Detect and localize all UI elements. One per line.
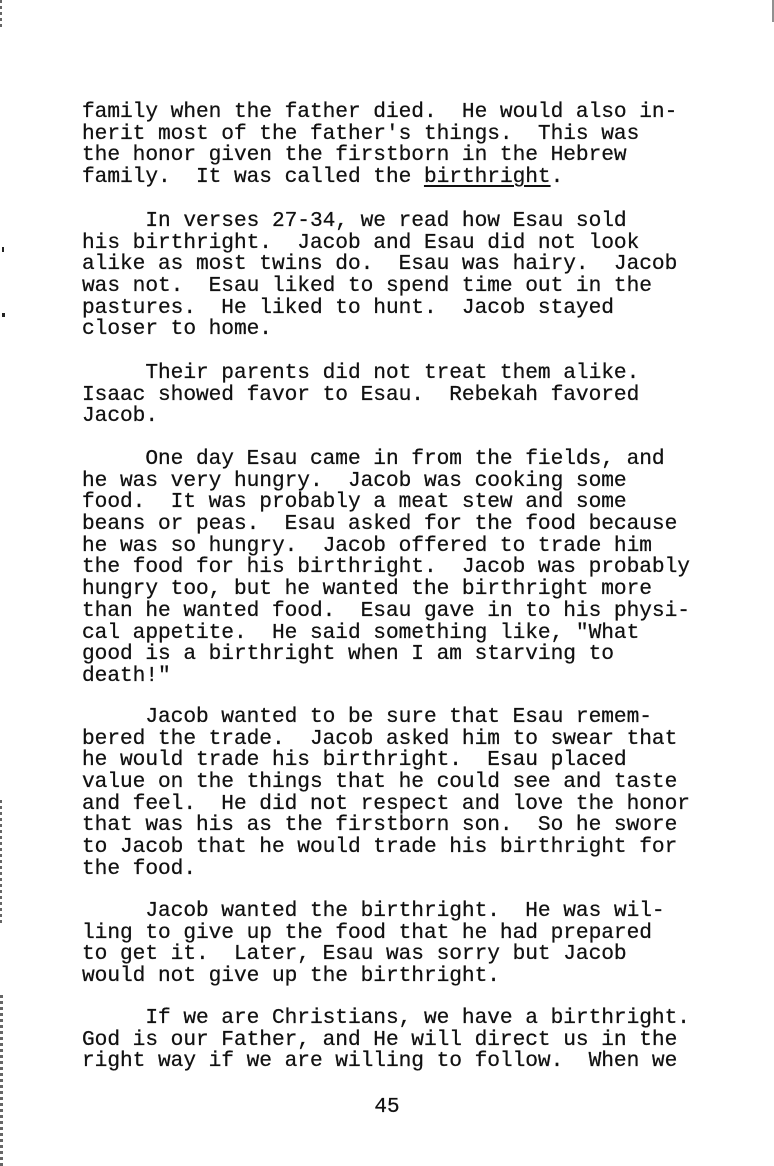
text-line: his birthright. Jacob and Esau did not l… xyxy=(82,233,677,255)
text-line: hungry too, but he wanted the birthright… xyxy=(82,579,690,601)
paragraph: In verses 27-34, we read how Esau soldhi… xyxy=(82,211,677,341)
paragraph: family when the father died. He would al… xyxy=(82,102,677,189)
scan-edge-artifact xyxy=(0,800,2,925)
text-line: closer to home. xyxy=(82,319,677,341)
text-line: was not. Esau liked to spend time out in… xyxy=(82,276,677,298)
text-line: than he wanted food. Esau gave in to his… xyxy=(82,601,690,623)
text-line: pastures. He liked to hunt. Jacob stayed xyxy=(82,298,677,320)
page-number: 45 xyxy=(0,1097,774,1119)
text-line: the food. xyxy=(82,859,690,881)
text-line: Jacob wanted to be sure that Esau remem- xyxy=(82,707,690,729)
scan-edge-artifact xyxy=(0,0,2,30)
text-line: family. It was called the birthright. xyxy=(82,167,677,189)
text-line: beans or peas. Esau asked for the food b… xyxy=(82,514,690,536)
text-line: that was his as the firstborn son. So he… xyxy=(82,815,690,837)
text-line: family when the father died. He would al… xyxy=(82,102,677,124)
scan-edge-artifact xyxy=(2,313,5,317)
text-line: Isaac showed favor to Esau. Rebekah favo… xyxy=(82,385,639,407)
text-line: to get it. Later, Esau was sorry but Jac… xyxy=(82,944,665,966)
scan-edge-artifact xyxy=(2,247,4,252)
text-line: he would trade his birthright. Esau plac… xyxy=(82,750,690,772)
text-line: and feel. He did not respect and love th… xyxy=(82,794,690,816)
text-line: One day Esau came in from the fields, an… xyxy=(82,449,690,471)
paragraph: Jacob wanted to be sure that Esau remem-… xyxy=(82,707,690,881)
text-line: he was so hungry. Jacob offered to trade… xyxy=(82,536,690,558)
text-line: the honor given the firstborn in the Heb… xyxy=(82,145,677,167)
text-line: Jacob. xyxy=(82,406,639,428)
paragraph: Jacob wanted the birthright. He was wil-… xyxy=(82,901,665,988)
underlined-term: birthright xyxy=(424,165,551,189)
text-line: food. It was probably a meat stew and so… xyxy=(82,492,690,514)
book-page: family when the father died. He would al… xyxy=(0,0,774,1166)
text-line: alike as most twins do. Esau was hairy. … xyxy=(82,254,677,276)
text-line: herit most of the father's things. This … xyxy=(82,124,677,146)
text-line: If we are Christians, we have a birthrig… xyxy=(82,1008,690,1030)
paragraph: If we are Christians, we have a birthrig… xyxy=(82,1008,690,1073)
text-line: value on the things that he could see an… xyxy=(82,772,690,794)
text-line: Their parents did not treat them alike. xyxy=(82,363,639,385)
text-line: the food for his birthright. Jacob was p… xyxy=(82,557,690,579)
text-line: ling to give up the food that he had pre… xyxy=(82,923,665,945)
text-line: he was very hungry. Jacob was cooking so… xyxy=(82,471,690,493)
text-line: would not give up the birthright. xyxy=(82,966,665,988)
text-line: God is our Father, and He will direct us… xyxy=(82,1030,690,1052)
text-line: to Jacob that he would trade his birthri… xyxy=(82,837,690,859)
paragraph: One day Esau came in from the fields, an… xyxy=(82,449,690,688)
text-line: bered the trade. Jacob asked him to swea… xyxy=(82,729,690,751)
text-line: right way if we are willing to follow. W… xyxy=(82,1051,690,1073)
text-line: In verses 27-34, we read how Esau sold xyxy=(82,211,677,233)
text-line: death!" xyxy=(82,666,690,688)
paragraph: Their parents did not treat them alike.I… xyxy=(82,363,639,428)
scan-edge-artifact xyxy=(0,995,3,1166)
text-line: Jacob wanted the birthright. He was wil- xyxy=(82,901,665,923)
text-line: cal appetite. He said something like, "W… xyxy=(82,623,690,645)
text-line: good is a birthright when I am starving … xyxy=(82,644,690,666)
